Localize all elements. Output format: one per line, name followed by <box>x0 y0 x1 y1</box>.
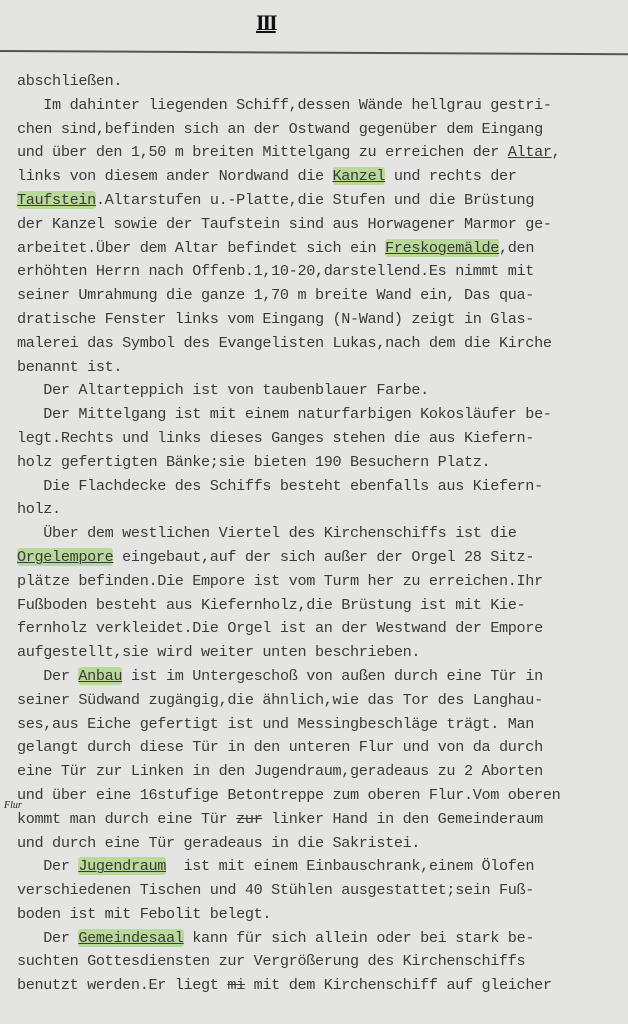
text-run: boden ist mit Febolit belegt. <box>17 905 271 923</box>
text-run: suchten Gottesdiensten zur Vergrößerung … <box>17 952 525 970</box>
text-run: und rechts der <box>385 167 516 185</box>
text-run: abschließen. <box>17 72 122 90</box>
text-run: kommt man durch eine Tür <box>17 810 236 828</box>
text-run: benutzt werden.Er liegt <box>17 976 227 994</box>
text-run: malerei das Symbol des Evangelisten Luka… <box>17 334 552 352</box>
text-line: holz. <box>17 498 623 522</box>
text-line: links von diesem ander Nordwand die Kanz… <box>17 165 623 189</box>
text-run: ,den <box>499 239 534 257</box>
text-run: ist im Untergeschoß von außen durch eine… <box>122 667 543 685</box>
text-line: erhöhten Herrn nach Offenb.1,10-20,darst… <box>17 260 623 284</box>
text-line: abschließen. <box>17 70 623 94</box>
page-number: III <box>256 10 276 36</box>
text-run: der Kanzel sowie der Taufstein sind aus … <box>17 215 552 233</box>
text-run: chen sind,befinden sich an der Ostwand g… <box>17 120 543 138</box>
text-run: holz gefertigten Bänke;sie bieten 190 Be… <box>17 453 490 471</box>
underlined-term: Altar <box>508 143 552 161</box>
text-run: eine Tür zur Linken in den Jugendraum,ge… <box>17 762 543 780</box>
text-line: aufgestellt,sie wird weiter unten beschr… <box>17 641 623 665</box>
text-run: Über dem westlichen Viertel des Kirchens… <box>17 524 517 542</box>
text-line: boden ist mit Febolit belegt. <box>17 903 623 927</box>
text-run: Der <box>17 667 78 685</box>
text-line: Der Jugendraum ist mit einem Einbauschra… <box>17 855 623 879</box>
text-run: .Altarstufen u.-Platte,die Stufen und di… <box>96 191 534 209</box>
text-line: Über dem westlichen Viertel des Kirchens… <box>17 522 623 546</box>
text-line: seiner Umrahmung die ganze 1,70 m breite… <box>17 284 623 308</box>
highlighted-term: Taufstein <box>17 191 96 209</box>
text-run: aufgestellt,sie wird weiter unten beschr… <box>17 643 420 661</box>
text-line: fernholz verkleidet.Die Orgel ist an der… <box>17 617 623 641</box>
text-line: Der Gemeindesaal kann für sich allein od… <box>17 927 623 951</box>
text-line: arbeitet.Über dem Altar befindet sich ei… <box>17 237 623 261</box>
text-run: und über den 1,50 m breiten Mittelgang z… <box>17 143 508 161</box>
highlighted-term: Jugendraum <box>78 857 166 875</box>
text-run: legt.Rechts und links dieses Ganges steh… <box>17 429 534 447</box>
text-run: mit dem Kirchenschiff auf gleicher <box>245 976 552 994</box>
text-line: der Kanzel sowie der Taufstein sind aus … <box>17 213 623 237</box>
text-line: seiner Südwand zugängig,die ähnlich,wie … <box>17 689 623 713</box>
text-run: und durch eine Tür geradeaus in die Sakr… <box>17 834 420 852</box>
text-line: und über eine 16stufige Betontreppe zum … <box>17 784 623 808</box>
text-run: dratische Fenster links vom Eingang (N-W… <box>17 310 534 328</box>
text-line: malerei das Symbol des Evangelisten Luka… <box>17 332 623 356</box>
text-line: benutzt werden.Er liegt mi mit dem Kirch… <box>17 974 623 998</box>
text-run: gelangt durch diese Tür in den unteren F… <box>17 738 543 756</box>
document-body: abschließen. Im dahinter liegenden Schif… <box>17 70 623 998</box>
text-run: ist mit einem Einbauschrank,einem Ölofen <box>166 857 534 875</box>
text-line: Der Anbau ist im Untergeschoß von außen … <box>17 665 623 689</box>
text-line: eine Tür zur Linken in den Jugendraum,ge… <box>17 760 623 784</box>
highlighted-term: Kanzel <box>333 167 386 185</box>
text-run: verschiedenen Tischen und 40 Stühlen aus… <box>17 881 534 899</box>
text-run: erhöhten Herrn nach Offenb.1,10-20,darst… <box>17 262 534 280</box>
struck-text: zur <box>236 810 262 828</box>
text-line: und durch eine Tür geradeaus in die Sakr… <box>17 832 623 856</box>
text-run: plätze befinden.Die Empore ist vom Turm … <box>17 572 543 590</box>
text-line: plätze befinden.Die Empore ist vom Turm … <box>17 570 623 594</box>
highlighted-term: Anbau <box>78 667 122 685</box>
text-line: Im dahinter liegenden Schiff,dessen Wänd… <box>17 94 623 118</box>
text-run: kann für sich allein oder bei stark be- <box>184 929 535 947</box>
text-line: Taufstein.Altarstufen u.-Platte,die Stuf… <box>17 189 623 213</box>
text-line: Orgelempore eingebaut,auf der sich außer… <box>17 546 623 570</box>
text-run: Die Flachdecke des Schiffs besteht ebenf… <box>17 477 543 495</box>
text-run: , <box>552 143 561 161</box>
text-line: suchten Gottesdiensten zur Vergrößerung … <box>17 950 623 974</box>
text-run: holz. <box>17 500 61 518</box>
text-run: Der <box>17 929 78 947</box>
text-line: Der Mittelgang ist mit einem naturfarbig… <box>17 403 623 427</box>
text-line: legt.Rechts und links dieses Ganges steh… <box>17 427 623 451</box>
text-run: ses,aus Eiche gefertigt ist und Messingb… <box>17 715 534 733</box>
text-line: verschiedenen Tischen und 40 Stühlen aus… <box>17 879 623 903</box>
text-run: arbeitet.Über dem Altar befindet sich ei… <box>17 239 385 257</box>
highlighted-term: Orgelempore <box>17 548 113 566</box>
text-line: Fußboden besteht aus Kiefernholz,die Brü… <box>17 594 623 618</box>
text-line: chen sind,befinden sich an der Ostwand g… <box>17 118 623 142</box>
text-line: dratische Fenster links vom Eingang (N-W… <box>17 308 623 332</box>
text-run: Im dahinter liegenden Schiff,dessen Wänd… <box>17 96 552 114</box>
text-run: fernholz verkleidet.Die Orgel ist an der… <box>17 619 543 637</box>
text-line: kommt man durch eine Tür zur linker Hand… <box>17 808 623 832</box>
text-line: benannt ist. <box>17 356 623 380</box>
text-line: Der Altarteppich ist von taubenblauer Fa… <box>17 379 623 403</box>
text-line: ses,aus Eiche gefertigt ist und Messingb… <box>17 713 623 737</box>
text-run: linker Hand in den Gemeinderaum <box>262 810 542 828</box>
highlighted-term: Freskogemälde <box>385 239 499 257</box>
text-run: Fußboden besteht aus Kiefernholz,die Brü… <box>17 596 525 614</box>
text-run: seiner Südwand zugängig,die ähnlich,wie … <box>17 691 543 709</box>
text-run: Der Altarteppich ist von taubenblauer Fa… <box>17 381 429 399</box>
text-run: Der <box>17 857 78 875</box>
text-run: eingebaut,auf der sich außer der Orgel 2… <box>113 548 534 566</box>
text-run: und über eine 16stufige Betontreppe zum … <box>17 786 560 804</box>
text-run: Der Mittelgang ist mit einem naturfarbig… <box>17 405 552 423</box>
header-rule <box>0 50 628 55</box>
text-line: gelangt durch diese Tür in den unteren F… <box>17 736 623 760</box>
text-run: seiner Umrahmung die ganze 1,70 m breite… <box>17 286 534 304</box>
text-line: Die Flachdecke des Schiffs besteht ebenf… <box>17 475 623 499</box>
text-run: benannt ist. <box>17 358 122 376</box>
text-line: und über den 1,50 m breiten Mittelgang z… <box>17 141 623 165</box>
highlighted-term: Gemeindesaal <box>78 929 183 947</box>
text-run: links von diesem ander Nordwand die <box>17 167 333 185</box>
text-line: holz gefertigten Bänke;sie bieten 190 Be… <box>17 451 623 475</box>
struck-text: mi <box>227 976 245 994</box>
